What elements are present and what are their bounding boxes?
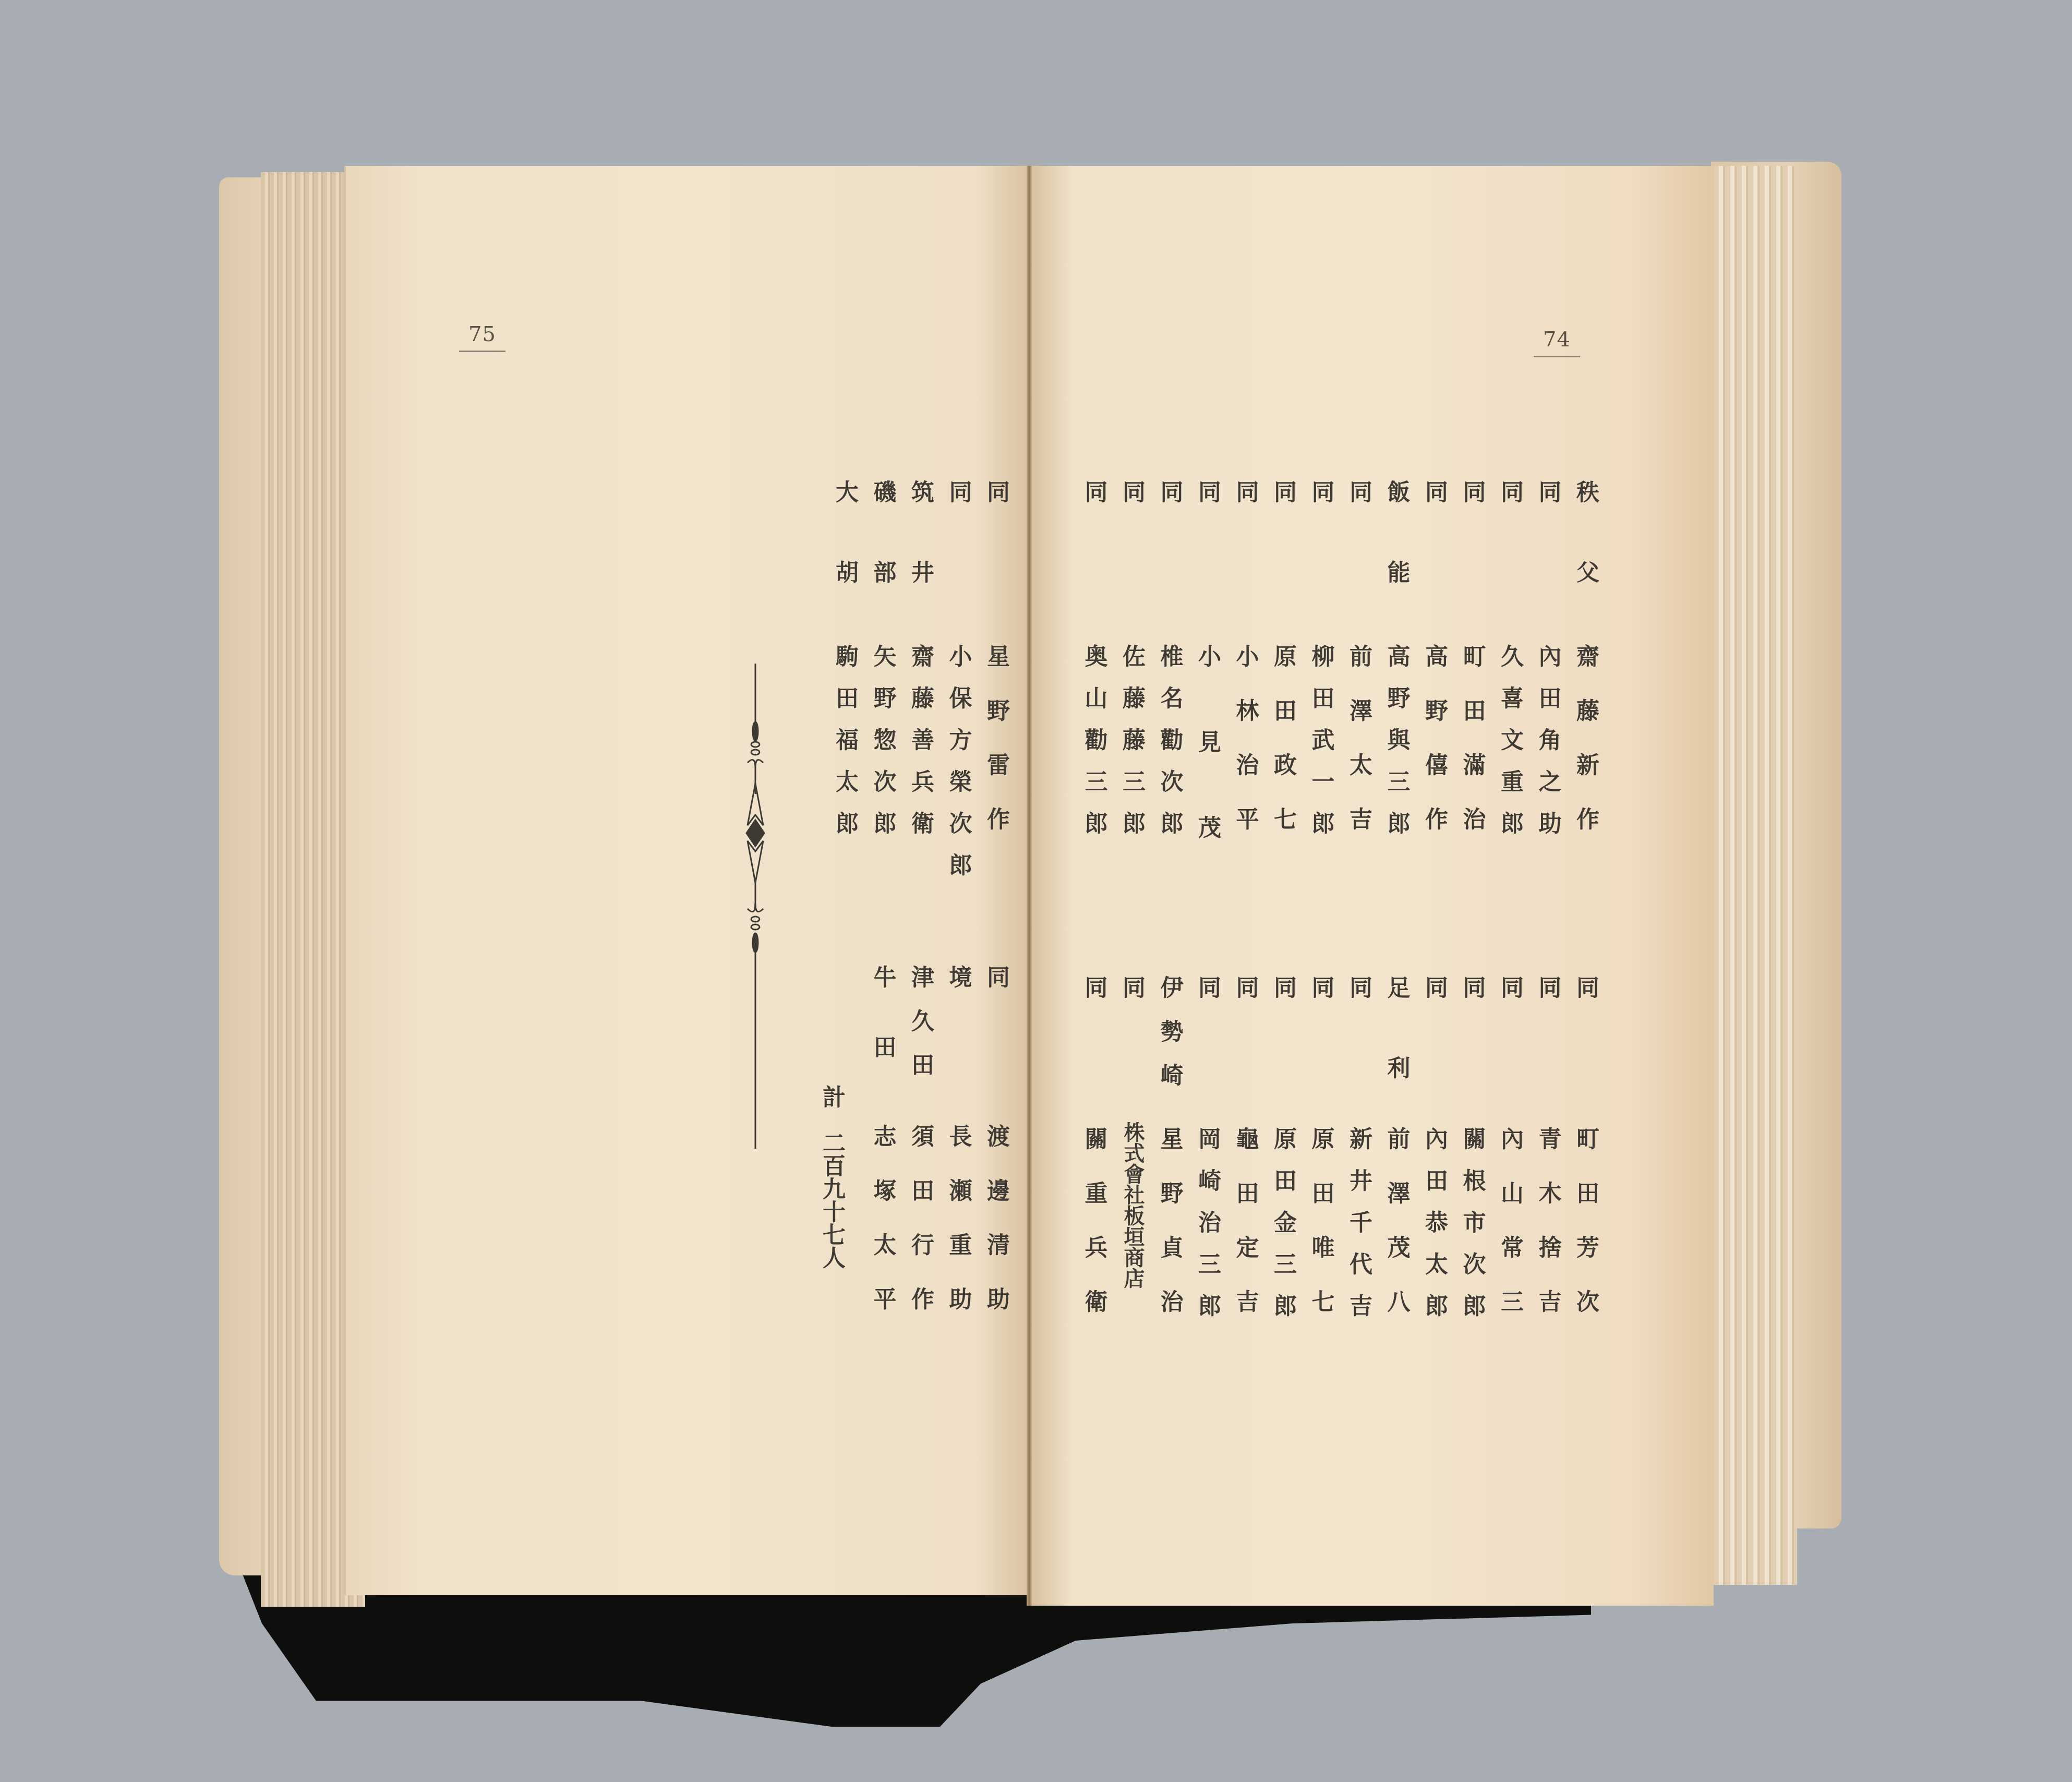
entry-place: 同 — [1568, 976, 1597, 1056]
entry-name: 小保方榮次郎 — [941, 644, 970, 895]
entry-place: 同 — [1416, 480, 1445, 560]
entry-name: 內田恭太郎 — [1416, 1127, 1445, 1335]
entry-name: 小林治平 — [1227, 644, 1257, 861]
entry-place: 同 — [978, 965, 1007, 1045]
entry-place: 秩父 — [1568, 480, 1597, 641]
entry-name: 齋藤善兵衛 — [902, 644, 932, 853]
entry-name: 齋藤新作 — [1568, 644, 1597, 861]
entry-name: 新井千代吉 — [1341, 1127, 1370, 1335]
entry-place: 同 — [1114, 480, 1143, 560]
entry-place: 足利 — [1379, 976, 1408, 1136]
entry-place: 同 — [1492, 480, 1521, 560]
entry-name: 關重兵衛 — [1076, 1127, 1105, 1344]
entry-name: 長瀬重助 — [941, 1124, 970, 1341]
entry-place: 同 — [941, 480, 970, 560]
page-number-right: 74 — [1534, 328, 1580, 357]
entry-place: 同 — [978, 480, 1007, 560]
entry-place: 同 — [1189, 976, 1219, 1056]
entry-name: 龜田定吉 — [1227, 1127, 1257, 1344]
entry-name: 高野僖作 — [1416, 644, 1445, 861]
entry-place: 伊勢崎 — [1152, 976, 1181, 1107]
entry-place: 同 — [1189, 480, 1219, 560]
entry-place: 同 — [1076, 976, 1105, 1056]
entry-name: 渡邊清助 — [978, 1124, 1007, 1341]
entry-place: 同 — [1265, 976, 1294, 1056]
entry-name: 前澤茂八 — [1379, 1127, 1408, 1344]
entry-place: 同 — [1303, 976, 1332, 1056]
entry-place: 飯能 — [1379, 480, 1408, 641]
entry-name: 內田角之助 — [1530, 644, 1559, 853]
page-number-left: 75 — [459, 322, 505, 352]
entry-place: 同 — [1341, 480, 1370, 560]
entry-name: 矢野惣次郎 — [865, 644, 894, 853]
entry-place: 同 — [1530, 480, 1559, 560]
entry-name: 星野雷作 — [978, 644, 1007, 861]
gutter — [1027, 166, 1032, 1606]
left-page — [344, 166, 1032, 1595]
entry-name: 柳田武一郎 — [1303, 644, 1332, 853]
entry-name: 久喜文重郎 — [1492, 644, 1521, 853]
entry-name: 前澤太吉 — [1341, 644, 1370, 861]
entry-name: 町田滿治 — [1454, 644, 1484, 861]
entry-place: 同 — [1152, 480, 1181, 560]
entry-place: 同 — [1076, 480, 1105, 560]
entry-place: 同 — [1530, 976, 1559, 1056]
entry-place: 牛田 — [865, 965, 894, 1105]
entry-place: 同 — [1341, 976, 1370, 1056]
entry-place: 同 — [1454, 480, 1484, 560]
entry-place: 同 — [1227, 480, 1257, 560]
entry-name: 原田唯七 — [1303, 1127, 1332, 1344]
entry-place: 同 — [1114, 976, 1143, 1056]
entry-place: 同 — [1227, 976, 1257, 1056]
fleuron-rule-icon — [742, 658, 768, 1154]
open-book: 75 74 秩父齋藤新作同內田角之助同久喜文重郎同町田滿治同高野僖作飯能高野與三… — [0, 0, 2072, 1782]
entry-name: 株式會社板垣商店 — [1114, 1122, 1143, 1289]
entry-name: 內山常三 — [1492, 1127, 1521, 1344]
entry-place: 大胡 — [827, 480, 856, 641]
entry-name: 奥山勸三郎 — [1076, 644, 1105, 853]
entry-name: 町田芳次 — [1568, 1127, 1597, 1344]
entry-place: 筑井 — [902, 480, 932, 641]
entry-name: 星野貞治 — [1152, 1127, 1181, 1344]
entry-name: 原田金三郎 — [1265, 1127, 1294, 1335]
right-page-edges — [1714, 166, 1797, 1585]
entry-name: 關根市次郎 — [1454, 1127, 1484, 1335]
entry-place: 磯部 — [865, 480, 894, 641]
entry-name: 青木捨吉 — [1530, 1127, 1559, 1344]
entry-name: 須田行作 — [902, 1124, 932, 1341]
entry-place: 津久田 — [902, 965, 932, 1097]
entry-place: 同 — [1303, 480, 1332, 560]
entry-place: 同 — [1265, 480, 1294, 560]
entry-place: 同 — [1492, 976, 1521, 1056]
entry-name: 椎名勸次郎 — [1152, 644, 1181, 853]
entry-name: 岡崎治三郎 — [1189, 1127, 1219, 1335]
right-page — [1030, 166, 1714, 1606]
entry-place: 境 — [941, 965, 970, 1045]
entry-name: 高野與三郎 — [1379, 644, 1408, 853]
entry-name: 原田政七 — [1265, 644, 1294, 861]
entry-name: 志塚太平 — [865, 1124, 894, 1341]
entry-name: 小見茂 — [1189, 644, 1219, 901]
entry-name: 駒田福太郎 — [827, 644, 856, 853]
total-count: 計 二百九十七人 — [814, 1085, 843, 1269]
entry-place: 同 — [1416, 976, 1445, 1056]
entry-name: 佐藤藤三郎 — [1114, 644, 1143, 853]
entry-place: 同 — [1454, 976, 1484, 1056]
